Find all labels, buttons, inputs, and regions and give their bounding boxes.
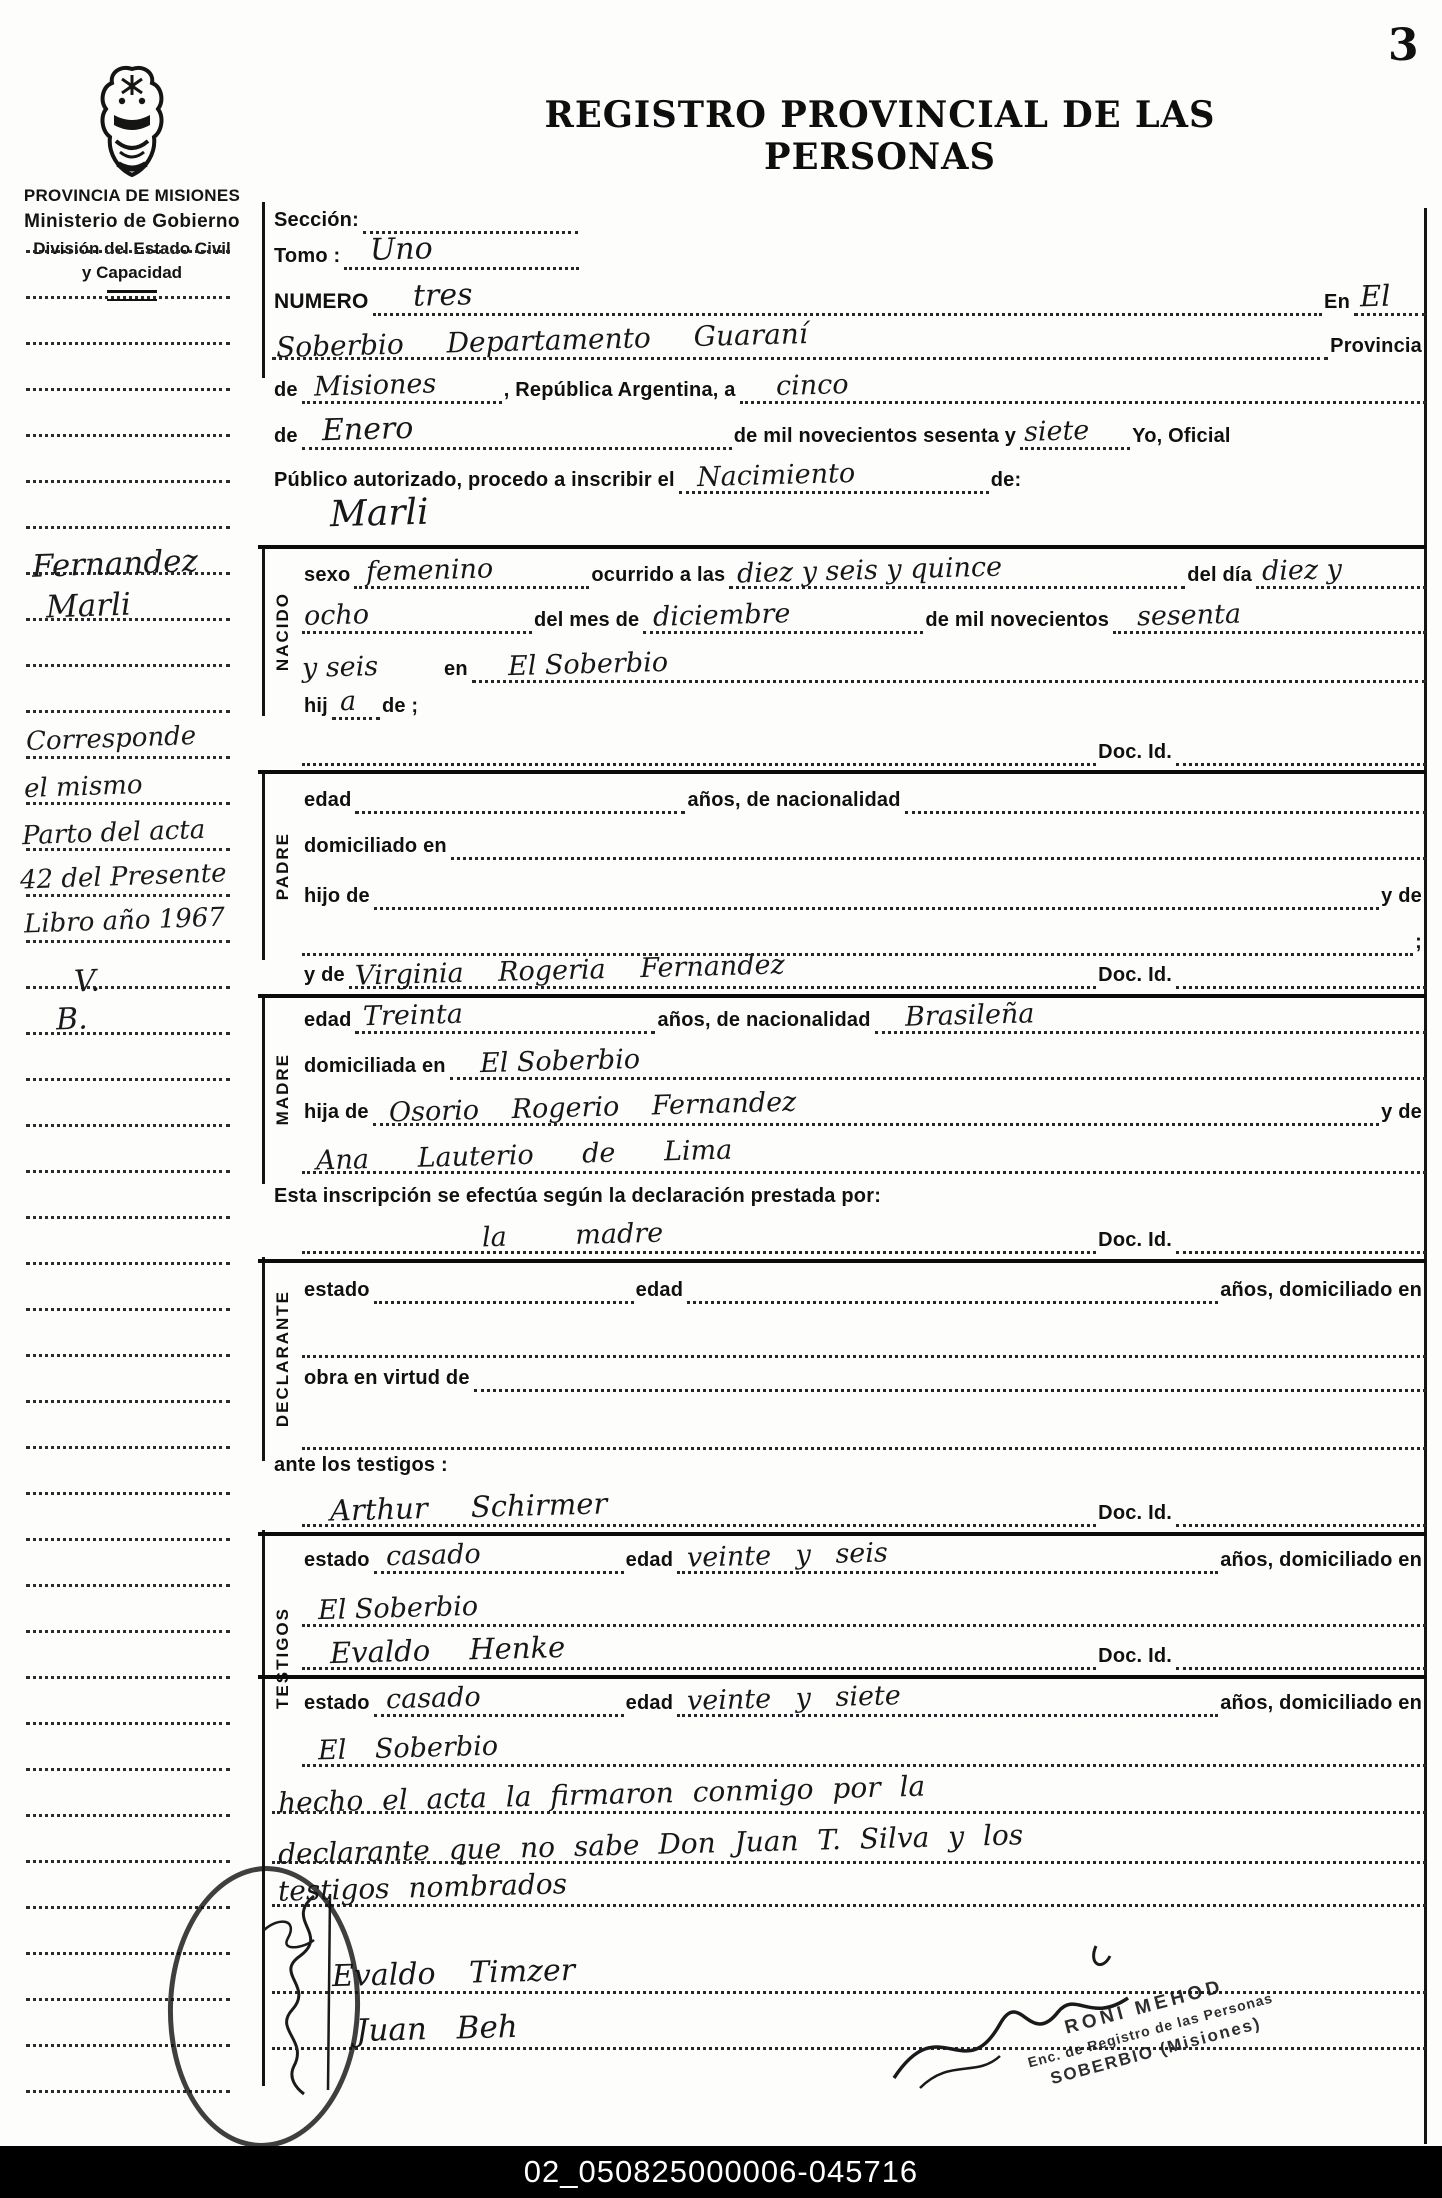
- numero-label: NUMERO: [272, 291, 373, 316]
- padre-edad-field: [355, 781, 685, 814]
- dotted-line: [26, 480, 230, 483]
- testigo2-edad-value: veinte y siete: [687, 1682, 901, 1715]
- section-padre: PADRE: [262, 772, 301, 960]
- hij-field: a: [332, 687, 380, 720]
- letterhead-ministry: Ministerio de Gobierno: [8, 211, 256, 233]
- dotted-line: [26, 250, 230, 253]
- anios-domiciliado-label: años, domiciliado en: [1218, 1550, 1426, 1574]
- testigo1-estado-field: casado: [374, 1541, 624, 1574]
- provincia-value: Misiones: [313, 370, 436, 400]
- provincia-field: Misiones: [302, 371, 502, 404]
- footer-code-bar: 02_050825000006-045716: [0, 2146, 1442, 2198]
- row-testigo1-nombre: Arthur Schirmer Doc. Id.: [302, 1489, 1426, 1527]
- del-dia-label: del día: [1185, 565, 1256, 589]
- seccion-field: [363, 201, 578, 234]
- dotted-line: [26, 1308, 230, 1311]
- madre-edad-value: Treinta: [363, 1001, 464, 1031]
- section-testigos: TESTIGOS: [262, 1530, 301, 1786]
- row-testigo1-estado: estado casado edad veinte y seis años, d…: [302, 1536, 1426, 1574]
- dotted-line: [26, 1446, 230, 1449]
- row-lugar-registro: Soberbio Departamento Guaraní Provincia: [272, 322, 1426, 360]
- madre-nacionalidad-value: Brasileña: [904, 1000, 1034, 1030]
- dotted-line: [26, 940, 230, 943]
- cierre-field-3: testigos nombrados: [272, 1874, 1426, 1907]
- page-number: 3: [1388, 20, 1419, 71]
- row-mes-nacimiento: ocho del mes de diciembre de mil novecie…: [302, 596, 1426, 634]
- row-padre-edad: edad años, de nacionalidad: [302, 776, 1426, 814]
- cierre-field-1: hecho el acta la firmaron conmigo por la: [272, 1781, 1426, 1814]
- margin-note-line: 42 del Presente: [20, 858, 227, 895]
- section-declarante: DECLARANTE: [262, 1257, 301, 1461]
- mil-novecientos-label: de mil novecientos sesenta y: [732, 426, 1020, 450]
- row-provincia: de Misiones , República Argentina, a cin…: [272, 366, 1426, 404]
- sexo-value: femenino: [366, 555, 494, 585]
- declaracion-intro-label: Esta inscripción se efectúa según la dec…: [272, 1186, 885, 1210]
- row-padre-nombre: Doc. Id.: [302, 728, 1426, 766]
- padre-rule: [258, 770, 1426, 774]
- margin-note-line: el mismo: [24, 770, 144, 804]
- testigo1-edad-field: veinte y seis: [677, 1541, 1218, 1574]
- testigos-section-label: TESTIGOS: [273, 1607, 293, 1709]
- row-obra: obra en virtud de: [302, 1354, 1426, 1392]
- hora-value: diez y seis y quince: [737, 554, 1003, 588]
- y-de-label: y de: [1379, 1102, 1426, 1126]
- madre-docid-field: [1176, 956, 1426, 989]
- dotted-line: [26, 710, 230, 713]
- tomo-field: Uno: [344, 237, 579, 270]
- edad-label: edad: [302, 790, 355, 814]
- dia-nac-value-1: diez y: [1262, 556, 1343, 585]
- testigo2-docid-field: [1176, 1637, 1426, 1670]
- dia-nac-field-2: ocho: [302, 601, 532, 634]
- en-value: El: [1360, 282, 1391, 312]
- dotted-line: [26, 1124, 230, 1127]
- testigo2-estado-value: casado: [385, 1684, 480, 1713]
- madre-nombre-field: Virginia Rogeria Fernandez: [349, 956, 1096, 989]
- dotted-line: [26, 1538, 230, 1541]
- row-declarante-domicilio: [302, 1320, 1426, 1358]
- testigo1-docid-field: [1176, 1494, 1426, 1527]
- doc-id-label: Doc. Id.: [1096, 1646, 1176, 1670]
- dotted-line: [26, 1492, 230, 1495]
- testigo1-edad-value: veinte y seis: [687, 1539, 888, 1571]
- nacido-nombre-value: Marli: [330, 495, 429, 534]
- row-lugar-nacimiento: y seis en El Soberbio: [302, 645, 1426, 683]
- numero-field: tres: [373, 283, 1323, 316]
- testigo2-edad-field: veinte y siete: [677, 1684, 1218, 1717]
- testigo2-domicilio-value: El Soberbio: [318, 1733, 499, 1765]
- tomo-label: Tomo :: [272, 246, 344, 270]
- row-padre-domicilio: domiciliado en: [302, 822, 1426, 860]
- testigo2-nombre-field: Evaldo Henke: [302, 1637, 1096, 1670]
- page-title: REGISTRO PROVINCIAL DE LAS PERSONAS: [478, 94, 1282, 178]
- hora-field: diez y seis y quince: [729, 556, 1185, 589]
- lugar-nac-value: El Soberbio: [507, 649, 668, 680]
- document-scan: 3 REGISTRO PROVINCIAL DE LAS PERSONAS PR…: [0, 0, 1442, 2198]
- abuelo-materno-field: Osorio Rogerio Fernandez: [373, 1093, 1379, 1126]
- row-acto: Público autorizado, procedo a inscribir …: [272, 456, 1426, 494]
- dotted-line: [26, 1584, 230, 1587]
- doc-id-label: Doc. Id.: [1096, 1503, 1176, 1527]
- firma1-value: Evaldo Timzer: [332, 1956, 576, 1992]
- obra-field: [474, 1359, 1426, 1392]
- row-testigo2-nombre: Evaldo Henke Doc. Id.: [302, 1632, 1426, 1670]
- row-seccion: Sección:: [272, 196, 1426, 234]
- testigo1-nombre-value: Arthur Schirmer: [330, 1489, 608, 1525]
- de-punto-coma-label: de ;: [380, 696, 422, 720]
- dotted-line: [26, 894, 230, 897]
- dotted-line: [26, 526, 230, 529]
- madre-nacionalidad-field: Brasileña: [875, 1001, 1426, 1034]
- testigo1-domicilio-field: El Soberbio: [302, 1594, 1426, 1627]
- name-rule: [258, 545, 1426, 549]
- dotted-line: [26, 434, 230, 437]
- dotted-line: [26, 1078, 230, 1081]
- domiciliado-label: domiciliado en: [302, 836, 451, 860]
- anios-nacionalidad-label: años, de nacionalidad: [655, 1010, 874, 1034]
- abuela-materna-field: Ana Lauterio de Lima: [302, 1141, 1426, 1174]
- row-padre-hijo-de: hijo de y de: [302, 872, 1426, 910]
- testigo2-nombre-value: Evaldo Henke: [330, 1633, 566, 1668]
- margin-given-name: Marli: [45, 587, 131, 626]
- edad-label: edad: [624, 1693, 677, 1717]
- madre-edad-field: Treinta: [355, 1001, 655, 1034]
- tomo-value: Uno: [370, 234, 433, 266]
- acto-field: Nacimiento: [679, 461, 989, 494]
- dotted-line: [26, 342, 230, 345]
- form-left-rule: [262, 202, 265, 378]
- anio-nac-field: sesenta: [1113, 601, 1426, 634]
- en-lugar-label: en: [442, 659, 472, 683]
- madre-nombre-value: Virginia Rogeria Fernandez: [355, 951, 785, 989]
- declarante-rule: [258, 1259, 1426, 1263]
- anios-domiciliado-label: años, domiciliado en: [1218, 1280, 1426, 1304]
- letterhead-division-line1: División del Estado Civil: [8, 239, 256, 259]
- de-mil-nov-label: de mil novecientos: [923, 610, 1113, 634]
- en-label: En: [1322, 292, 1354, 316]
- row-abuela-materna: Ana Lauterio de Lima: [302, 1136, 1426, 1174]
- padre-abuelo-field: [374, 877, 1379, 910]
- de-label: de: [272, 426, 302, 450]
- domiciliada-label: domiciliada en: [302, 1056, 450, 1080]
- madre-section-label: MADRE: [273, 1053, 293, 1125]
- de-label: de: [272, 380, 302, 404]
- abuelo-materno-value: Osorio Rogerio Fernandez: [388, 1089, 796, 1127]
- publico-label: Público autorizado, procedo a inscribir …: [272, 470, 679, 494]
- cierre-line-2: declarante que no sabe Don Juan T. Silva…: [278, 1821, 1024, 1868]
- declarante-field: la madre: [302, 1221, 1096, 1254]
- row-cierre-3: testigos nombrados: [272, 1869, 1426, 1907]
- doc-id-label: Doc. Id.: [1096, 965, 1176, 989]
- dotted-line: [26, 756, 230, 759]
- cierre-field-2: declarante que no sabe Don Juan T. Silva…: [272, 1831, 1426, 1864]
- ocurrido-label: ocurrido a las: [589, 565, 729, 589]
- dotted-line: [26, 1262, 230, 1265]
- yo-oficial-label: Yo, Oficial: [1130, 426, 1235, 450]
- dotted-line: [26, 1814, 230, 1817]
- mes-nac-field: diciembre: [643, 601, 923, 634]
- de-dos-puntos-label: de:: [989, 470, 1026, 494]
- dia-registro-value: cinco: [775, 371, 848, 400]
- margin-initial: V.: [73, 964, 100, 1000]
- ante-testigos-label: ante los testigos :: [272, 1455, 452, 1479]
- row-cierre-1: hecho el acta la firmaron conmigo por la: [272, 1776, 1426, 1814]
- margin-note-line: Libro año 1967: [24, 903, 226, 940]
- row-numero: NUMERO tres En El: [272, 278, 1426, 316]
- row-declarante-estado: estado edad años, domiciliado en: [302, 1266, 1426, 1304]
- dotted-line: [26, 388, 230, 391]
- row-hijo-de: hij a de ;: [302, 682, 1426, 720]
- row-ante-testigos: ante los testigos :: [272, 1441, 1426, 1479]
- row-declaracion-intro: Esta inscripción se efectúa según la dec…: [272, 1172, 1426, 1210]
- anio-registro-field: siete: [1020, 417, 1130, 450]
- dia-registro-field: cinco: [740, 371, 1426, 404]
- hij-letra-value: a: [340, 688, 357, 715]
- section-madre: MADRE: [262, 994, 301, 1184]
- anio-nac-value-1: sesenta: [1137, 601, 1242, 631]
- row-madre-domicilio: domiciliada en El Soberbio: [302, 1042, 1426, 1080]
- letterhead-province: PROVINCIA DE MISIONES: [8, 186, 256, 206]
- declarante-edad-field: [687, 1271, 1218, 1304]
- edad-label: edad: [634, 1280, 687, 1304]
- padre-domicilio-field: [451, 827, 1426, 860]
- seccion-label: Sección:: [272, 210, 363, 234]
- sexo-label: sexo: [302, 565, 354, 589]
- padre-nacionalidad-field: [905, 781, 1426, 814]
- lugar-nac-field: El Soberbio: [472, 650, 1426, 683]
- nacido-section-label: NACIDO: [273, 592, 293, 671]
- lugar-registro-field: Soberbio Departamento Guaraní: [272, 327, 1328, 360]
- mes-nac-value: diciembre: [653, 600, 791, 631]
- anio-nac-field-2: y seis: [302, 653, 442, 683]
- dotted-line: [26, 1676, 230, 1679]
- padre-section-label: PADRE: [273, 832, 293, 900]
- dotted-line: [26, 1216, 230, 1219]
- row-tomo: Tomo : Uno: [272, 232, 1426, 270]
- margin-surname: Fernandez: [31, 543, 198, 585]
- dotted-line: [26, 1722, 230, 1725]
- dia-nac-field: diez y: [1256, 556, 1426, 589]
- madre-domicilio-value: El Soberbio: [479, 1046, 640, 1077]
- anio-registro-value: siete: [1024, 417, 1090, 446]
- doc-id-label: Doc. Id.: [1096, 742, 1176, 766]
- en-field: El: [1354, 283, 1426, 316]
- testigo2-domicilio-field: El Soberbio: [302, 1734, 1426, 1767]
- row-declarante-nombre: la madre Doc. Id.: [302, 1216, 1426, 1254]
- dotted-line: [26, 664, 230, 667]
- dotted-line: [26, 986, 230, 989]
- testigo1-estado-value: casado: [385, 1541, 480, 1570]
- edad-label: edad: [302, 1010, 355, 1034]
- row-madre-hija-de: hija de Osorio Rogerio Fernandez y de: [302, 1088, 1426, 1126]
- row-sexo: sexo femenino ocurrido a las diez y seis…: [302, 551, 1426, 589]
- dotted-line: [26, 296, 230, 299]
- dotted-line: [26, 1768, 230, 1771]
- row-fecha-registro: de Enero de mil novecientos sesenta y si…: [272, 412, 1426, 450]
- row-testigo2-domicilio: El Soberbio: [302, 1729, 1426, 1767]
- padre-nombre-field: [302, 733, 1096, 766]
- madre-domicilio-field: El Soberbio: [450, 1047, 1426, 1080]
- dotted-line: [26, 1630, 230, 1633]
- abuela-materna-value: Ana Lauterio de Lima: [316, 1137, 733, 1175]
- row-cierre-2: declarante que no sabe Don Juan T. Silva…: [272, 1826, 1426, 1864]
- anio-nac-value-2: y seis: [302, 653, 379, 682]
- sexo-field: femenino: [354, 556, 589, 589]
- anios-nacionalidad-label: años, de nacionalidad: [685, 790, 904, 814]
- provincial-crest-icon: [92, 64, 172, 186]
- provincia-label: Provincia: [1328, 336, 1426, 360]
- hija-de-label: hija de: [302, 1102, 373, 1126]
- firma2-value: Juan Beh: [356, 2012, 519, 2047]
- crest-graphic: [92, 64, 172, 186]
- padre-docid-field: [1176, 733, 1426, 766]
- row-madre-edad: edad Treinta años, de nacionalidad Brasi…: [302, 996, 1426, 1034]
- y-de-label: y de: [1379, 886, 1426, 910]
- testigo2-estado-field: casado: [374, 1684, 624, 1717]
- anios-domiciliado-label: años, domiciliado en: [1218, 1693, 1426, 1717]
- cierre-line-1: hecho el acta la firmaron conmigo por la: [278, 1773, 926, 1818]
- republica-label: , República Argentina, a: [502, 380, 740, 404]
- estado-label: estado: [302, 1280, 374, 1304]
- declarante-value: la madre: [482, 1220, 664, 1252]
- margin-note-line: Corresponde: [26, 721, 197, 757]
- lugar-registro-value: Soberbio Departamento Guaraní: [276, 320, 808, 362]
- doc-id-label: Doc. Id.: [1096, 1230, 1176, 1254]
- margin-note-line: Parto del acta: [22, 815, 206, 851]
- row-madre-nombre: y de Virginia Rogeria Fernandez Doc. Id.: [302, 951, 1426, 989]
- footer-code: 02_050825000006-045716: [524, 2154, 918, 2190]
- letterhead: PROVINCIA DE MISIONES Ministerio de Gobi…: [8, 186, 256, 301]
- declarante-estado-field: [374, 1271, 634, 1304]
- hij-label: hij: [302, 696, 332, 720]
- testigo1-nombre-field: Arthur Schirmer: [302, 1494, 1096, 1527]
- mes-registro-field: Enero: [302, 417, 732, 450]
- declarante-section-label: DECLARANTE: [273, 1290, 293, 1427]
- letterhead-division-line2: y Capacidad: [8, 263, 256, 283]
- declarante-docid-field: [1176, 1221, 1426, 1254]
- acto-value: Nacimiento: [696, 460, 855, 491]
- hijo-de-label: hijo de: [302, 886, 374, 910]
- mes-registro-value: Enero: [321, 414, 413, 446]
- estado-label: estado: [302, 1693, 374, 1717]
- y-de-label: y de: [302, 965, 349, 989]
- section-nacido: NACIDO: [262, 548, 301, 716]
- dotted-line: [26, 1170, 230, 1173]
- dia-nac-value-2: ocho: [304, 601, 370, 630]
- estado-label: estado: [302, 1550, 374, 1574]
- margin-initial: B.: [55, 1001, 88, 1037]
- row-testigo2-estado: estado casado edad veinte y siete años, …: [302, 1679, 1426, 1717]
- obra-label: obra en virtud de: [302, 1368, 474, 1392]
- dotted-line: [26, 1860, 230, 1863]
- row-testigo1-domicilio: El Soberbio: [302, 1589, 1426, 1627]
- dotted-line: [26, 1354, 230, 1357]
- dotted-line: [26, 1400, 230, 1403]
- del-mes-label: del mes de: [532, 610, 643, 634]
- numero-value: tres: [412, 280, 472, 312]
- testigo1-domicilio-value: El Soberbio: [318, 1593, 479, 1624]
- edad-label: edad: [624, 1550, 677, 1574]
